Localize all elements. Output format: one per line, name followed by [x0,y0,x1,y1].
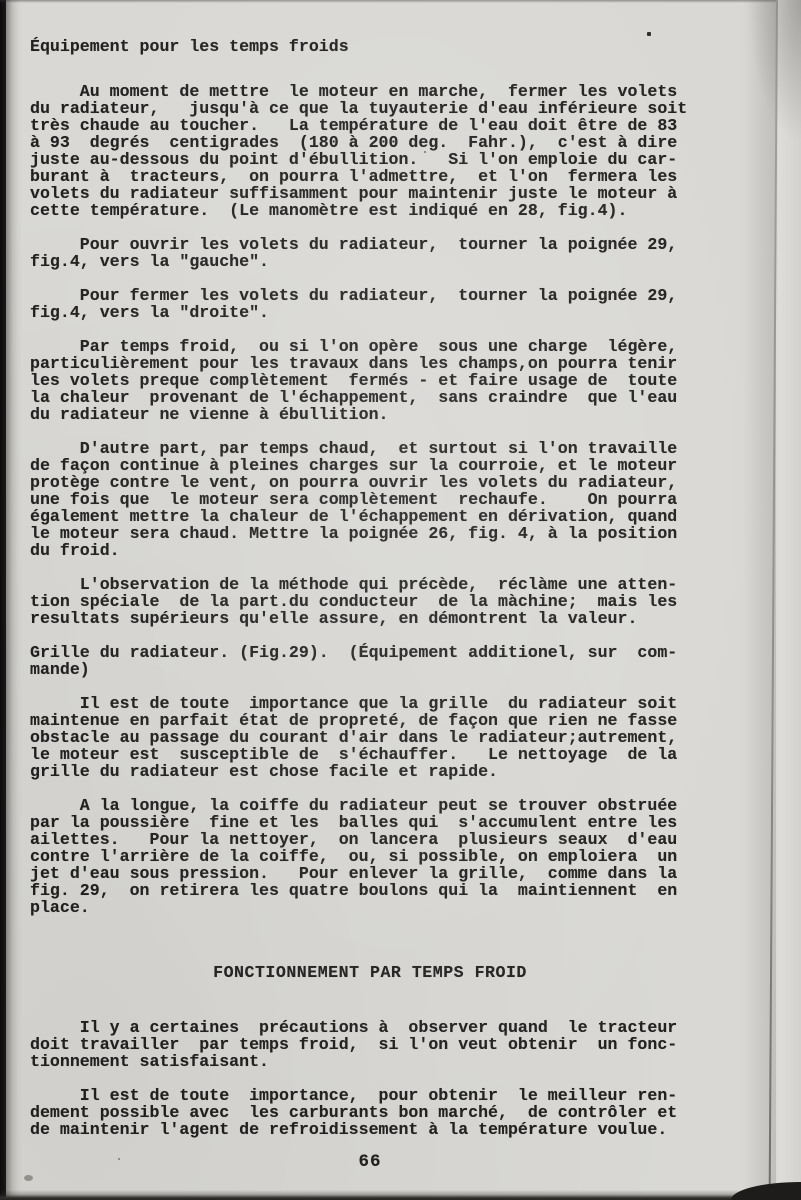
scanned-manual-page: Équipement pour les temps froids Au mome… [0,0,801,1200]
paragraph-open-shutters: Pour ouvrir les volets du radiateur, tou… [30,236,710,270]
page-number: 66 [30,1154,710,1171]
top-scan-edge [0,0,801,3]
page-title: Équipement pour les temps froids [30,38,710,55]
paragraph-grille-cleaning: A la longue, la coiffe du radiateur peut… [30,797,710,916]
top-right-corner-shadow [749,0,801,140]
text-column: Équipement pour les temps froids Au mome… [30,38,710,1171]
paragraph-precautions: Il y a certaines précautions à observer … [30,1019,710,1070]
section-heading-cold-weather-operation: FONCTIONNEMENT PAR TEMPS FROID [30,964,710,981]
paragraph-close-shutters: Pour fermer les volets du radiateur, tou… [30,287,710,321]
subheading-radiator-grille: Grille du radiateur. (Fig.29). (Équipeme… [30,644,710,678]
left-binding-shadow [6,0,22,1200]
paragraph-hot-weather: D'autre part, par temps chaud, et surtou… [30,440,710,559]
paragraph-grille-cleanliness: Il est de toute importance que la grille… [30,695,710,780]
paragraph-coolant-temperature: Il est de toute importance, pour obtenir… [30,1087,710,1138]
paragraph-method-observation: L'observation de la méthode qui précède,… [30,576,710,627]
underlying-page-edge [778,0,801,1200]
bottom-scan-edge [0,1190,801,1200]
scan-speck [647,32,651,36]
paragraph-engine-start: Au moment de mettre le moteur en marche,… [30,83,710,219]
paragraph-cold-weather-light-load: Par temps froid, ou si l'on opère sous u… [30,338,710,423]
scan-speck [24,1175,33,1181]
